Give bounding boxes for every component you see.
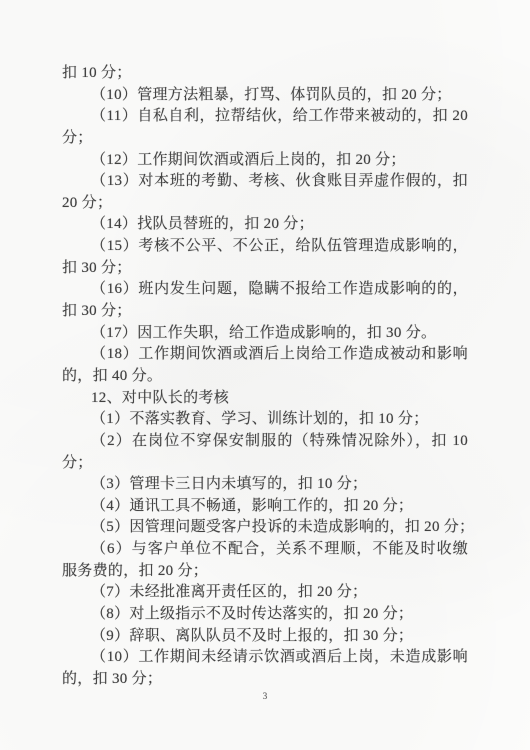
scanned-document-page: 扣 10 分；（10）管理方法粗暴，打骂、体罚队员的，扣 20 分；（11）自私… [0,0,530,750]
text-line: （13）对本班的考勤、考核、伙食账目弄虚作假的，扣 [62,171,468,193]
text-line: 分； [62,128,468,150]
text-line: （1）不落实教育、学习、训练计划的，扣 10 分； [62,409,468,431]
text-line: （10）管理方法粗暴，打骂、体罚队员的，扣 20 分； [62,85,468,107]
text-line: （14）找队员替班的，扣 20 分； [62,214,468,236]
text-line: （9）辞职、离队队员不及时上报的，扣 30 分； [62,626,468,648]
text-line: （7）未经批准离开责任区的，扣 20 分； [62,582,468,604]
text-line: （10）工作期间未经请示饮酒或酒后上岗，未造成影响 [62,647,468,669]
text-line: （6）与客户单位不配合，关系不理顺，不能及时收缴 [62,539,468,561]
text-line: （12）工作期间饮酒或酒后上岗的，扣 20 分； [62,150,468,172]
text-line: 的，扣 30 分； [62,669,468,691]
text-line: 分； [62,453,468,475]
text-line: （16）班内发生问题，隐瞒不报给工作造成影响的的， [62,279,468,301]
text-line: 12、对中队长的考核 [62,388,468,410]
text-line: （5）因管理问题受客户投诉的未造成影响的，扣 20 分； [62,517,468,539]
text-line: （11）自私自利，拉帮结伙，给工作带来被动的，扣 20 [62,106,468,128]
text-line: （8）对上级指示不及时传达落实的，扣 20 分； [62,604,468,626]
text-line: 20 分； [62,193,468,215]
text-line: （15）考核不公平、不公正，给队伍管理造成影响的， [62,236,468,258]
text-line: （2）在岗位不穿保安制服的（特殊情况除外），扣 10 [62,431,468,453]
text-line: 扣 30 分； [62,258,468,280]
document-text: 扣 10 分；（10）管理方法粗暴，打骂、体罚队员的，扣 20 分；（11）自私… [62,63,468,691]
text-line: （3）管理卡三日内未填写的，扣 10 分； [62,474,468,496]
text-line: 服务费的，扣 20 分； [62,561,468,583]
text-line: 扣 10 分； [62,63,468,85]
text-line: （4）通讯工具不畅通，影响工作的，扣 20 分； [62,496,468,518]
text-line: 的，扣 40 分。 [62,366,468,388]
text-line: 扣 30 分； [62,301,468,323]
page-number: 3 [0,691,530,701]
text-line: （17）因工作失职，给工作造成影响的，扣 30 分。 [62,323,468,345]
text-line: （18）工作期间饮酒或酒后上岗给工作造成被动和影响 [62,344,468,366]
